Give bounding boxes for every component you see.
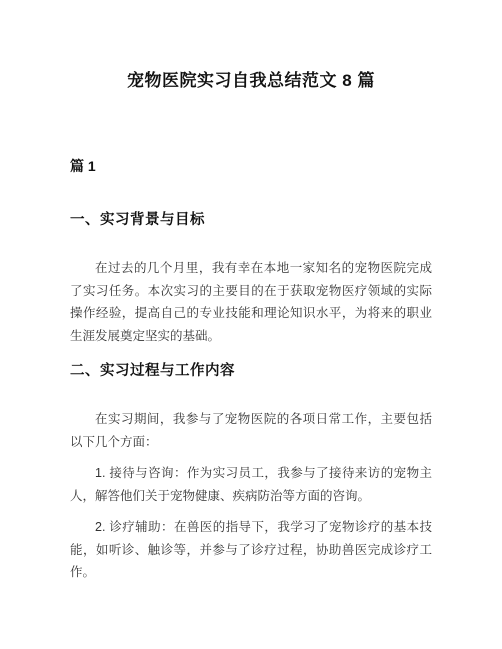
document-page: 宠物医院实习自我总结范文 8 篇 篇 1 一、实习背景与目标 在过去的几个月里，… xyxy=(0,0,502,649)
section-2-paragraph-3: 2. 诊疗辅助：在兽医的指导下，我学习了宠物诊疗的基本技能，如听诊、触诊等，并参… xyxy=(70,516,432,584)
section-2-paragraph-2: 1. 接待与咨询：作为实习员工，我参与了接待来访的宠物主人，解答他们关于宠物健康… xyxy=(70,462,432,507)
section-2-heading: 二、实习过程与工作内容 xyxy=(70,361,432,381)
part-1-heading: 篇 1 xyxy=(70,156,432,176)
document-title: 宠物医院实习自我总结范文 8 篇 xyxy=(70,68,432,94)
section-1-paragraph-1: 在过去的几个月里，我有幸在本地一家知名的宠物医院完成了实习任务。本次实习的主要目… xyxy=(70,257,432,347)
section-2-paragraph-1: 在实习期间，我参与了宠物医院的各项日常工作，主要包括以下几个方面： xyxy=(70,408,432,453)
section-1-heading: 一、实习背景与目标 xyxy=(70,210,432,230)
